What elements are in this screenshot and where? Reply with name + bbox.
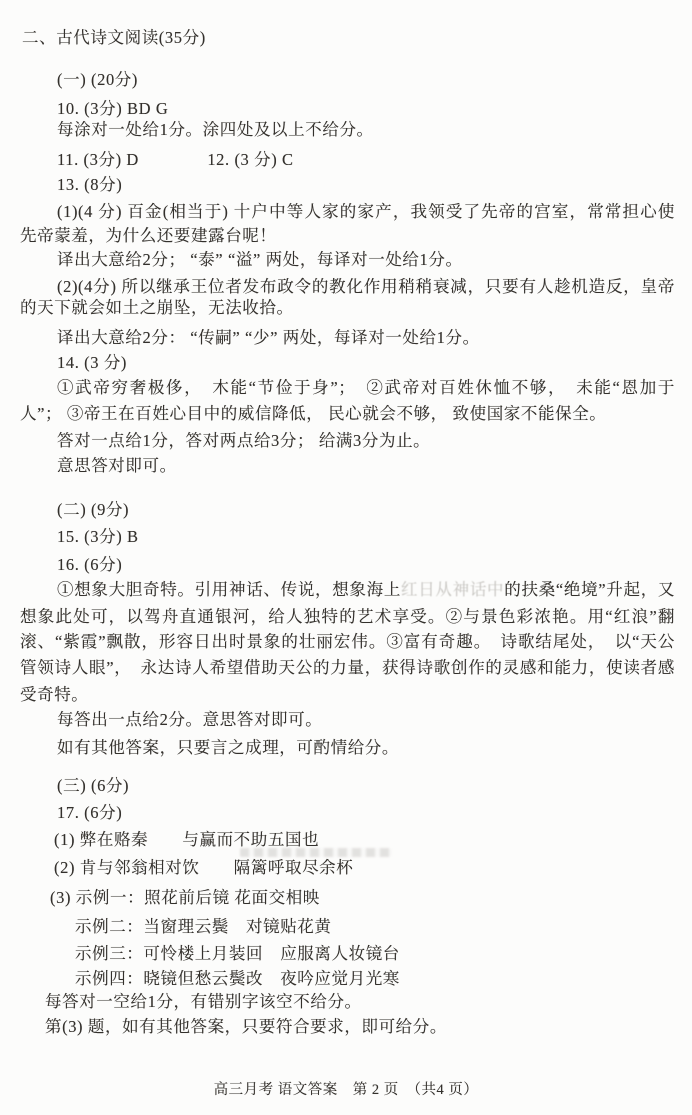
answer-line: 15. (3分) B bbox=[57, 527, 139, 548]
answer-line: 示例四：晓镜但愁云鬓改 夜吟应觉月光寒 bbox=[75, 969, 400, 990]
answer-line: 14. (3 分) bbox=[57, 353, 127, 374]
answer-line: 滚、“紫霞”飘散，形容日出时景象的壮丽宏伟。③富有奇趣。 诗歌结尾处， 以“天公 bbox=[20, 632, 675, 653]
scoring-note: 答对一点给1分，答对两点给3分； 给满3分为止。 bbox=[57, 431, 430, 452]
answer-line: 17. (6分) bbox=[57, 803, 122, 824]
answer-line: (3) 示例一：照花前后镜 花面交相映 bbox=[50, 888, 320, 909]
answer-line: 受奇特。 bbox=[20, 685, 88, 706]
answer-line: 示例二：当窗理云鬓 对镜贴花黄 bbox=[75, 917, 332, 938]
scoring-note: 每涂对一处给1分。涂四处及以上不给分。 bbox=[57, 120, 374, 141]
answer-line: 13. (8分) bbox=[57, 175, 122, 196]
subsection-heading: (三) (6分) bbox=[57, 776, 129, 797]
answer-line: (2) 肯与邻翁相对饮 隔篱呼取尽余杯 bbox=[54, 858, 353, 879]
answer-line: 先帝蒙羞，为什么还要建露台呢！ bbox=[20, 226, 277, 247]
scoring-note: 译出大意给2分： “传嗣” “少” 两处，每译对一处给1分。 bbox=[57, 328, 480, 349]
answer-line: 的天下就会如土之崩坠，无法收拾。 bbox=[20, 298, 294, 319]
answer-line: 管领诗人眼”， 永达诗人希望借助天公的力量，获得诗歌创作的灵感和能力，使读者感 bbox=[20, 658, 675, 679]
answer-line: (1)(4 分) 百金(相当于) 十户中等人家的家产，我领受了先帝的宫室，常常担… bbox=[20, 202, 675, 223]
answer-line: ①武帝穷奢极侈， 木能“节俭于身”； ②武帝对百姓休恤不够， 未能“恩加于 bbox=[20, 378, 675, 399]
answer-line: 示例三：可怜楼上月装回 应服离人妆镜台 bbox=[75, 944, 400, 965]
answer-line: 想象此处可，以驾舟直通银河，给人独特的艺术享受。②与景色彩浓艳。用“红浪”翻 bbox=[20, 607, 675, 628]
footer-page-info: 高三月考 语文答案 第 2 页 （共4 页） bbox=[0, 1078, 692, 1099]
scoring-note: 每答出一点给2分。意思答对即可。 bbox=[57, 710, 322, 731]
answer-line: ①想象大胆奇特。引用神话、传说，想象海上红日从神话中的扶桑“绝境”升起，又 bbox=[20, 580, 675, 601]
bleed-through-smudge bbox=[240, 848, 392, 857]
scoring-note: 译出大意给2分； “泰” “溢” 两处，每译对一处给1分。 bbox=[57, 250, 463, 271]
text-segment: ①想象大胆奇特。引用神话、传说，想象海上 bbox=[57, 580, 401, 599]
subsection-heading: (二) (9分) bbox=[57, 500, 129, 521]
scoring-note: 每答对一空给1分，有错别字该空不给分。 bbox=[45, 992, 362, 1013]
section-heading: 二、古代诗文阅读(35分) bbox=[22, 28, 206, 49]
text-segment: 的扶桑“绝境”升起，又 bbox=[504, 580, 675, 599]
answer-line: 10. (3分) BD G bbox=[57, 99, 168, 120]
answer-line: 人”； ③帝王在百姓心目中的威信降低， 民心就会不够， 致使国家不能保全。 bbox=[20, 404, 606, 425]
faint-bleed-text: 红日从神话中 bbox=[401, 580, 504, 599]
answer-line: (2)(4分) 所以继承王位者发布政令的教化作用稍稍衰减，只要有人趁机造反，皇帝 bbox=[20, 277, 675, 298]
scoring-note: 意思答对即可。 bbox=[57, 456, 177, 477]
answer-line: 16. (6分) bbox=[57, 555, 122, 576]
document-page: 二、古代诗文阅读(35分)(一) (20分)10. (3分) BD G每涂对一处… bbox=[0, 0, 692, 1115]
answer-line: 11. (3分) D 12. (3 分) C bbox=[57, 150, 294, 171]
scoring-note: 第(3) 题，如有其他答案，只要符合要求，即可给分。 bbox=[45, 1017, 447, 1038]
scoring-note: 如有其他答案，只要言之成理，可酌情给分。 bbox=[57, 738, 399, 759]
subsection-heading: (一) (20分) bbox=[57, 70, 138, 91]
